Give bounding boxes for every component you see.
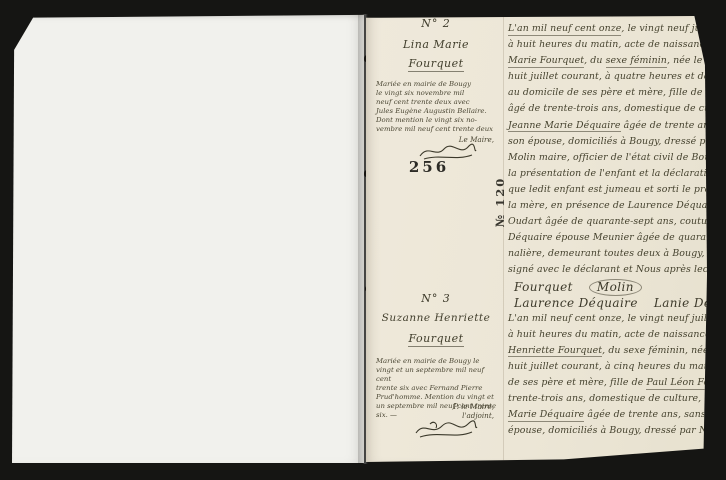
act-line: trente-trois ans, domestique de culture,… xyxy=(508,391,704,407)
act-line: au domicile de ses père et mère, fille d… xyxy=(508,85,704,101)
act-line: huit juillet courant, à quatre heures et… xyxy=(508,69,704,85)
closing-line: P. le Maire, xyxy=(376,402,494,411)
margin-column: N° 2 Lina Marie Fourquet Mariée en mairi… xyxy=(370,16,502,462)
record-name-line: Lina Marie xyxy=(370,38,502,51)
record-name-line: Suzanne Henriette xyxy=(370,312,502,324)
note-line: Prud'homme. Mention du vingt et xyxy=(376,393,498,402)
deputy-mayor-signature xyxy=(410,418,480,440)
note-line: vembre mil neuf cent trente deux xyxy=(376,125,498,134)
note-line: neuf cent trente deux avec xyxy=(376,98,498,107)
act-line: à huit heures du matin, acte de naissanc… xyxy=(508,37,704,53)
act-line: la présentation de l'enfant et la déclar… xyxy=(508,166,704,182)
column-fold-line xyxy=(503,16,504,462)
act-line: Marie Déquaire âgée de trente ans, sans … xyxy=(508,407,704,423)
act-line: Jeanne Marie Déquaire âgée de trente ans… xyxy=(508,118,704,134)
act-line: nalière, demeurant toutes deux à Bougy, … xyxy=(508,246,704,262)
act-line: Molin maire, officier de l'état civil de… xyxy=(508,150,704,166)
act-line: Oudart âgée de quarante-sept ans, coutur… xyxy=(508,214,704,230)
act-line: épouse, domiciliés à Bougy, dressé par N… xyxy=(508,423,704,439)
act-line: que ledit enfant est jumeau et sorti le … xyxy=(508,182,704,198)
note-line: Jules Eugène Augustin Bellaire. xyxy=(376,107,498,116)
act-line: L'an mil neuf cent onze, le vingt neuf j… xyxy=(508,21,704,37)
note-line: Mariée en mairie de Bougy le xyxy=(376,357,498,366)
right-register-page: N° 2 Lina Marie Fourquet Mariée en mairi… xyxy=(366,16,707,462)
record-number: N° 3 xyxy=(370,292,502,305)
note-line: Dont mention le vingt six no- xyxy=(376,116,498,125)
scanned-register-spread: N° 2 Lina Marie Fourquet Mariée en mairi… xyxy=(0,0,726,480)
marginal-note: Mariée en mairie de Bougyle vingt six no… xyxy=(376,80,498,134)
act-line: Henriette Fourquet, du sexe féminin, née… xyxy=(508,343,704,359)
record-name-line: Fourquet xyxy=(370,332,502,345)
left-blank-page xyxy=(12,14,364,463)
act-line: huit juillet courant, à cinq heures du m… xyxy=(508,359,704,375)
note-line: le vingt six novembre mil xyxy=(376,89,498,98)
act-line: FourquetMolin xyxy=(508,279,704,295)
act-line: la mère, en présence de Laurence Déquair… xyxy=(508,198,704,214)
act-line: Laurence DéquaireLanie Dequaire xyxy=(508,295,704,311)
act-line: Déquaire épouse Meunier âgée de quarante… xyxy=(508,230,704,246)
act-line: son épouse, domiciliés à Bougy, dressé p… xyxy=(508,134,704,150)
note-line: trente six avec Fernand Pierre xyxy=(376,384,498,393)
note-line: vingt et un septembre mil neuf cent xyxy=(376,366,498,384)
act-line: signé avec le déclarant et Nous après le… xyxy=(508,262,704,278)
record-name-line: Fourquet xyxy=(370,57,502,70)
act-line: âgé de trente-trois ans, domestique de c… xyxy=(508,101,704,117)
act-line: L'an mil neuf cent onze, le vingt neuf j… xyxy=(508,311,704,327)
side-number-stamp: № 120 xyxy=(493,167,509,237)
page-number-stamp: 256 xyxy=(370,158,488,176)
act-line: Marie Fourquet, du sexe féminin, née le … xyxy=(508,53,704,69)
record-number: N° 2 xyxy=(370,17,502,30)
act-line: à huit heures du matin, acte de naissanc… xyxy=(508,327,704,343)
act-line: de ses père et mère, fille de Paul Léon … xyxy=(508,375,704,391)
act-text-column: L'an mil neuf cent onze, le vingt neuf j… xyxy=(508,21,704,439)
note-line: Mariée en mairie de Bougy xyxy=(376,80,498,89)
